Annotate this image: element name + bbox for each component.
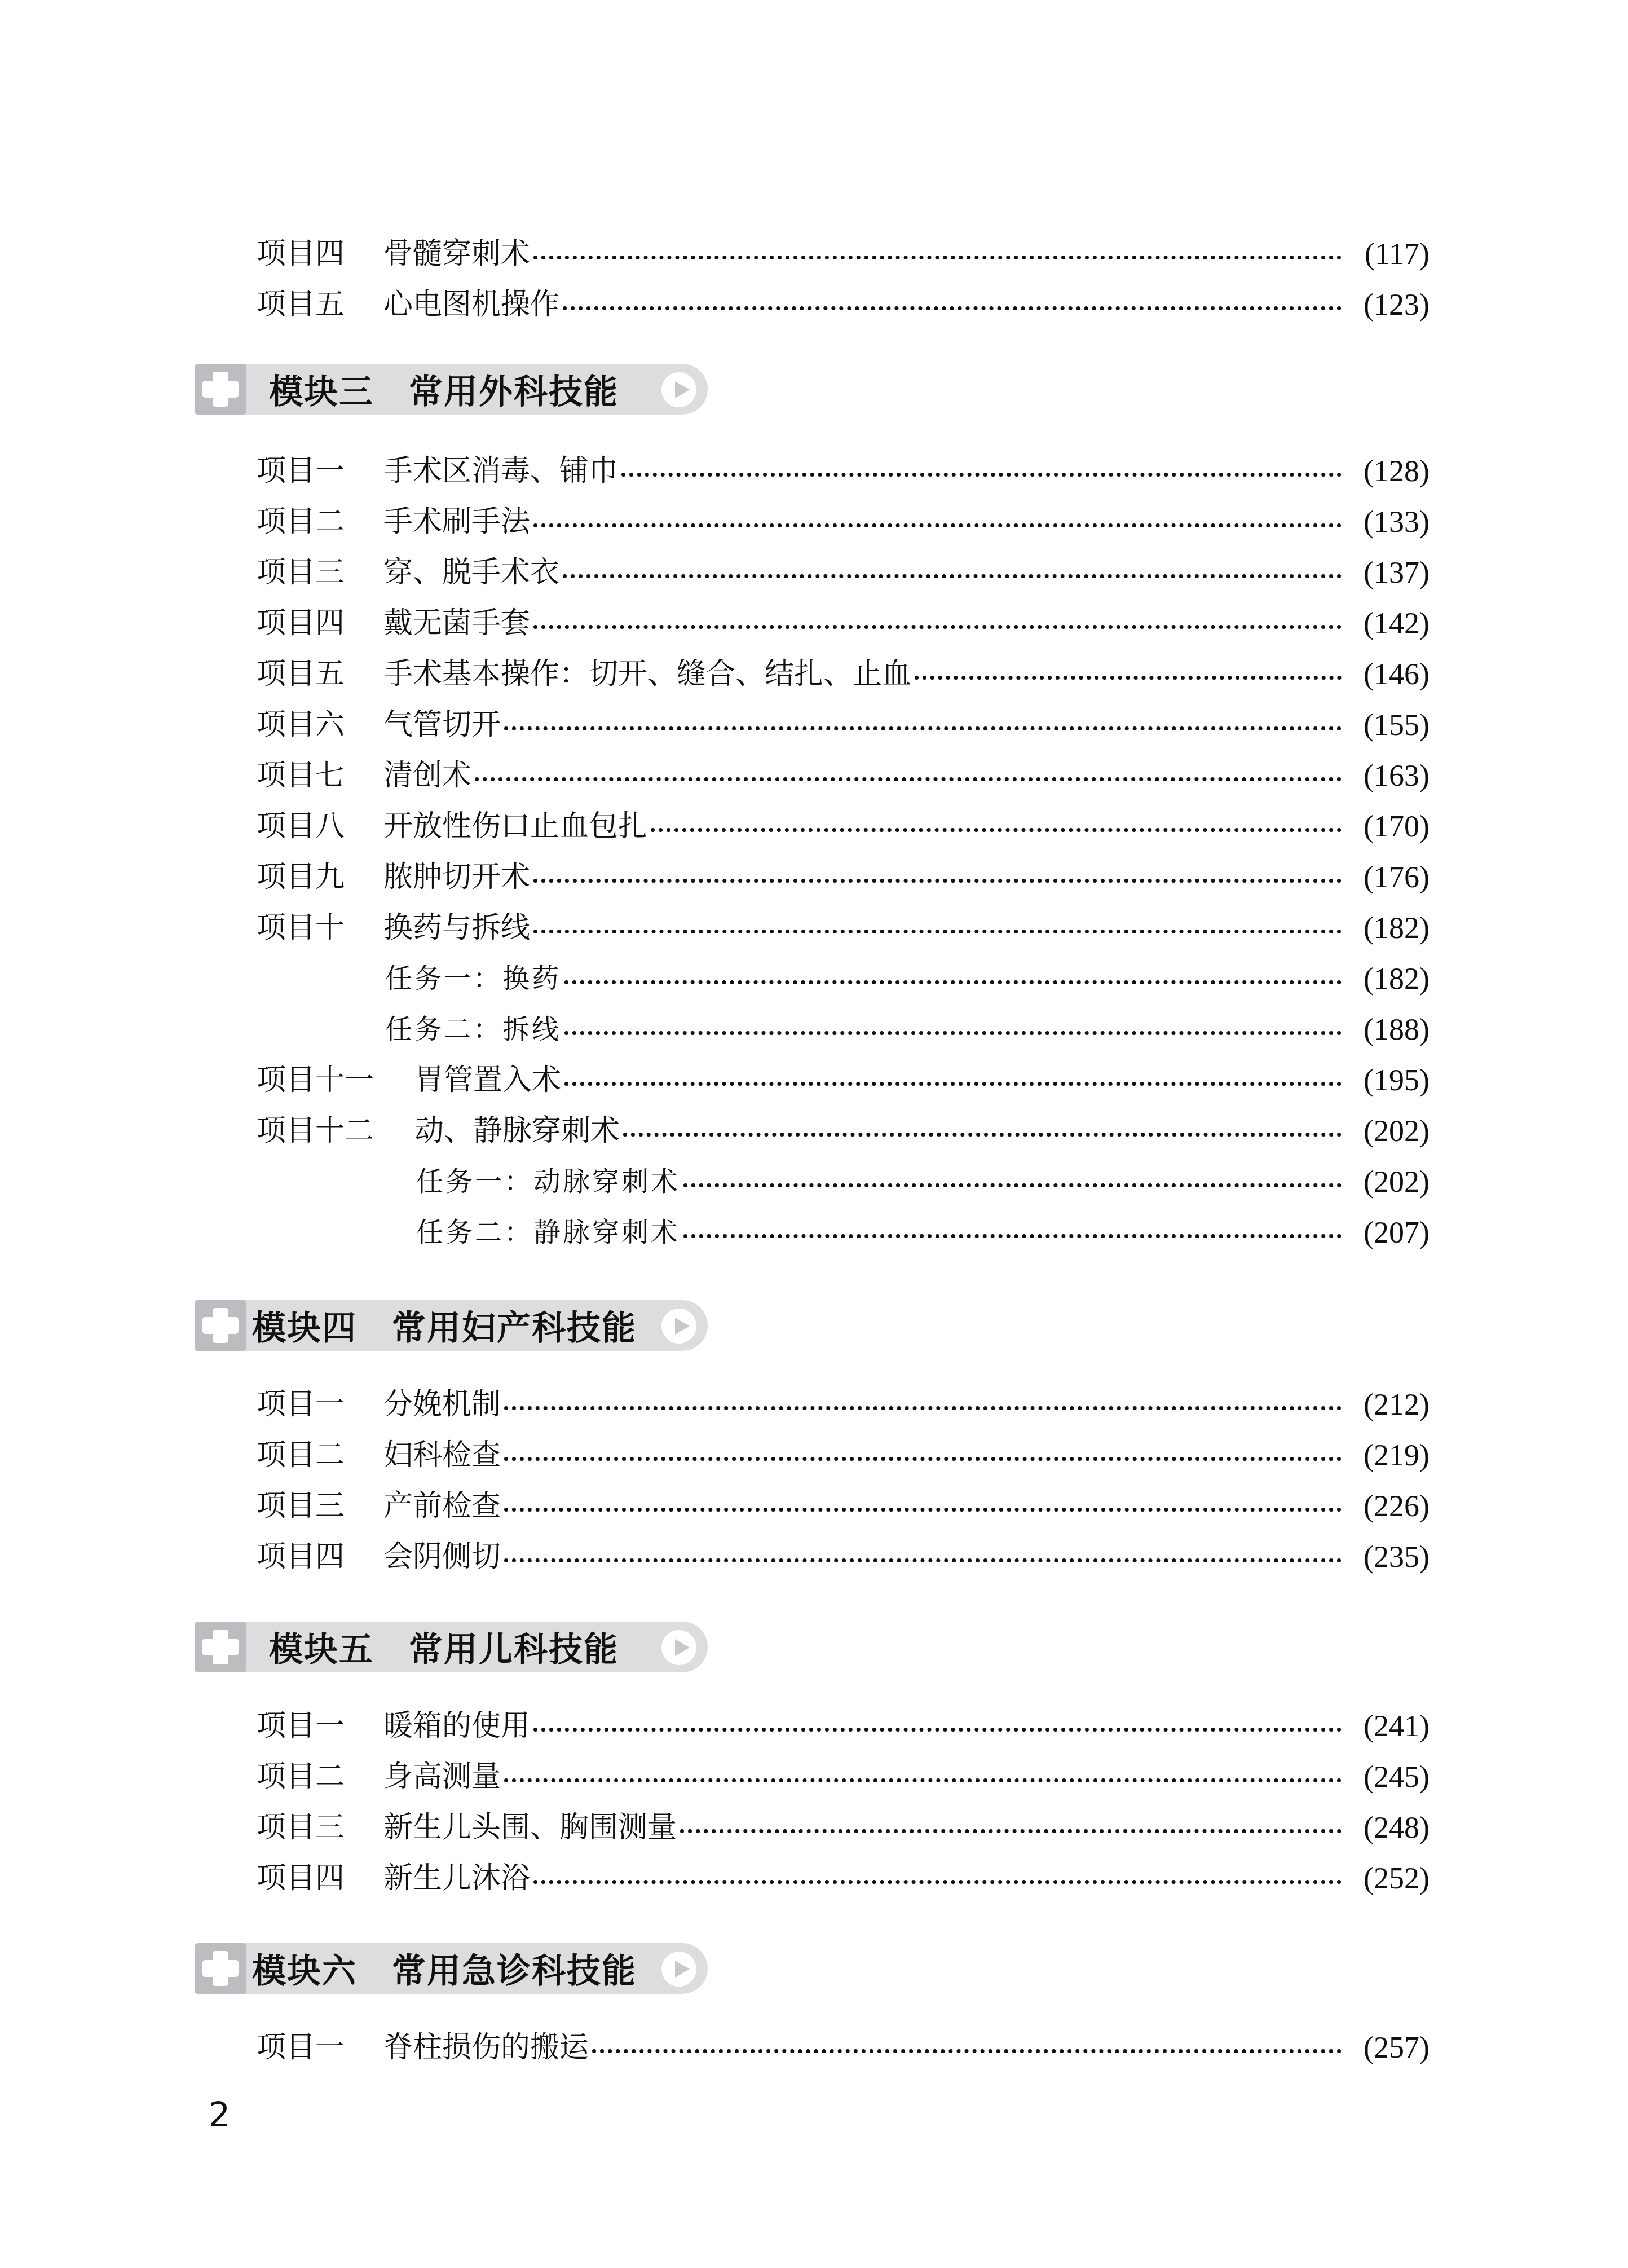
toc-entry[interactable]: 项目四 会阴侧切 (235) — [257, 1534, 1430, 1579]
entry-page: (207) — [1345, 1210, 1430, 1255]
entry-title: 穿、脱手术衣 — [383, 550, 559, 595]
entry-number: 项目一 — [257, 448, 383, 494]
entry-title: 暖箱的使用 — [383, 1703, 530, 1749]
entry-number: 项目四 — [257, 1856, 383, 1901]
entry-number: 项目二 — [257, 1433, 383, 1478]
entry-page: (241) — [1345, 1703, 1430, 1749]
entry-page: (235) — [1345, 1534, 1430, 1579]
entry-number: 项目九 — [257, 855, 383, 900]
task-title: 任务一：动脉穿刺术 — [416, 1159, 680, 1204]
toc-entry[interactable]: 项目四 新生儿沐浴 (252) — [257, 1856, 1430, 1901]
entry-title: 新生儿沐浴 — [383, 1856, 530, 1901]
play-arrow-icon — [661, 1630, 696, 1665]
entry-number: 项目一 — [257, 1382, 383, 1427]
entry-page: (252) — [1345, 1856, 1430, 1901]
entry-title: 妇科检查 — [383, 1433, 501, 1478]
toc-entry[interactable]: 项目十 换药与拆线 (182) — [257, 905, 1430, 950]
task-title: 任务二：静脉穿刺术 — [416, 1210, 680, 1255]
dot-leader — [533, 625, 1342, 629]
toc-entry[interactable]: 项目九 脓肿切开术 (176) — [257, 855, 1430, 900]
module-title: 模块四 常用妇产科技能 — [252, 1301, 637, 1350]
dot-leader — [504, 1778, 1342, 1782]
entry-number: 项目四 — [257, 601, 383, 646]
entry-number: 项目八 — [257, 804, 383, 849]
entry-page: (248) — [1345, 1805, 1430, 1850]
module-banner-3[interactable]: 模块三 常用外科技能 — [195, 364, 708, 415]
dot-leader — [564, 1031, 1342, 1035]
toc-entry[interactable]: 项目十二 动、静脉穿刺术 (202) — [257, 1108, 1430, 1153]
dot-leader — [475, 777, 1342, 781]
entry-page: (176) — [1345, 855, 1430, 900]
entry-page: (182) — [1345, 956, 1430, 1001]
entry-number: 项目一 — [257, 1703, 383, 1749]
entry-page: (257) — [1345, 2025, 1430, 2070]
toc-task-entry[interactable]: 任务一：换药 (182) — [385, 956, 1430, 1001]
module-title: 模块三 常用外科技能 — [269, 365, 619, 413]
entry-title: 心电图机操作 — [383, 282, 559, 327]
medical-cross-icon — [195, 1300, 246, 1351]
module-title: 模块六 常用急诊科技能 — [252, 1944, 637, 1993]
entry-title: 脓肿切开术 — [383, 855, 530, 900]
dot-leader — [563, 306, 1342, 310]
entry-number: 项目五 — [257, 651, 383, 697]
entry-number: 项目四 — [257, 231, 383, 276]
entry-title: 动、静脉穿刺术 — [414, 1108, 620, 1153]
dot-leader — [621, 473, 1342, 477]
entry-page: (219) — [1345, 1433, 1430, 1478]
dot-leader — [915, 676, 1342, 680]
module-banner-4[interactable]: 模块四 常用妇产科技能 — [195, 1300, 708, 1351]
toc-entry[interactable]: 项目一 暖箱的使用 (241) — [257, 1703, 1430, 1749]
entry-number: 项目十二 — [257, 1108, 414, 1153]
entry-page: (202) — [1345, 1108, 1430, 1153]
entry-page: (123) — [1345, 282, 1430, 327]
dot-leader — [680, 1829, 1342, 1833]
toc-entry[interactable]: 项目一 脊柱损伤的搬运 (257) — [257, 2025, 1430, 2070]
entry-title: 会阴侧切 — [383, 1534, 501, 1579]
entry-page: (202) — [1345, 1159, 1430, 1204]
entry-title: 开放性伤口止血包扎 — [383, 804, 647, 849]
toc-entry[interactable]: 项目四 骨髓穿刺术 (117) — [257, 231, 1430, 276]
dot-leader — [504, 1558, 1342, 1562]
entry-page: (117) — [1345, 231, 1430, 276]
toc-entry[interactable]: 项目一 手术区消毒、铺巾 (128) — [257, 448, 1430, 494]
dot-leader — [564, 1082, 1342, 1086]
dot-leader — [504, 1406, 1342, 1410]
entry-page: (163) — [1345, 753, 1430, 798]
entry-number: 项目一 — [257, 2025, 383, 2070]
toc-entry[interactable]: 项目二 手术刷手法 (133) — [257, 499, 1430, 544]
entry-number: 项目二 — [257, 499, 383, 544]
toc-entry[interactable]: 项目四 戴无菌手套 (142) — [257, 601, 1430, 646]
entry-title: 手术刷手法 — [383, 499, 530, 544]
dot-leader — [651, 828, 1342, 832]
entry-title: 身高测量 — [383, 1754, 501, 1799]
dot-leader — [623, 1133, 1342, 1137]
entry-number: 项目四 — [257, 1534, 383, 1579]
dot-leader — [683, 1234, 1342, 1238]
medical-cross-icon — [195, 1622, 246, 1672]
entry-number: 项目十 — [257, 905, 383, 950]
entry-page: (142) — [1345, 601, 1430, 646]
entry-title: 产前检查 — [383, 1483, 501, 1529]
dot-leader — [504, 1457, 1342, 1461]
play-arrow-icon — [661, 1309, 696, 1344]
toc-entry[interactable]: 项目八 开放性伤口止血包扎 (170) — [257, 804, 1430, 849]
toc-entry[interactable]: 项目三 新生儿头围、胸围测量 (248) — [257, 1805, 1430, 1850]
toc-entry[interactable]: 项目三 穿、脱手术衣 (137) — [257, 550, 1430, 595]
entry-title: 骨髓穿刺术 — [383, 231, 530, 276]
entry-page: (170) — [1345, 804, 1430, 849]
dot-leader — [592, 2049, 1342, 2053]
toc-entry[interactable]: 项目五 手术基本操作：切开、缝合、结扎、止血 (146) — [257, 651, 1430, 697]
toc-entry[interactable]: 项目一 分娩机制 (212) — [257, 1382, 1430, 1427]
entry-page: (245) — [1345, 1754, 1430, 1799]
entry-page: (128) — [1345, 448, 1430, 494]
entry-title: 手术区消毒、铺巾 — [383, 448, 618, 494]
entry-number: 项目三 — [257, 1805, 383, 1850]
dot-leader — [533, 1728, 1342, 1732]
dot-leader — [564, 980, 1342, 984]
dot-leader — [683, 1183, 1342, 1187]
entry-page: (146) — [1345, 651, 1430, 697]
entry-title: 手术基本操作：切开、缝合、结扎、止血 — [383, 651, 911, 697]
entry-title: 脊柱损伤的搬运 — [383, 2025, 589, 2070]
entry-number: 项目五 — [257, 282, 383, 327]
medical-cross-icon — [195, 1943, 246, 1994]
entry-number: 项目三 — [257, 1483, 383, 1529]
toc-task-entry[interactable]: 任务二：静脉穿刺术 (207) — [416, 1210, 1430, 1255]
play-arrow-icon — [661, 372, 696, 407]
dot-leader — [533, 1880, 1342, 1884]
toc-task-entry[interactable]: 任务一：动脉穿刺术 (202) — [416, 1159, 1430, 1204]
dot-leader — [504, 726, 1342, 730]
entry-number: 项目二 — [257, 1754, 383, 1799]
entry-number: 项目六 — [257, 702, 383, 747]
dot-leader — [533, 523, 1342, 527]
dot-leader — [533, 930, 1342, 933]
toc-entry[interactable]: 项目十一 胃管置入术 (195) — [257, 1058, 1430, 1103]
entry-page: (133) — [1345, 499, 1430, 544]
toc-entry[interactable]: 项目七 清创术 (163) — [257, 753, 1430, 798]
entry-page: (188) — [1345, 1007, 1430, 1052]
play-arrow-icon — [661, 1952, 696, 1987]
entry-page: (226) — [1345, 1483, 1430, 1529]
entry-title: 胃管置入术 — [414, 1058, 561, 1103]
entry-title: 分娩机制 — [383, 1382, 501, 1427]
entry-page: (155) — [1345, 702, 1430, 747]
module-banner-6[interactable]: 模块六 常用急诊科技能 — [195, 1943, 708, 1994]
dot-leader — [504, 1508, 1342, 1512]
medical-cross-icon — [195, 364, 246, 415]
entry-page: (182) — [1345, 905, 1430, 950]
entry-title: 换药与拆线 — [383, 905, 530, 950]
toc-entry[interactable]: 项目二 妇科检查 (219) — [257, 1433, 1430, 1478]
entry-title: 气管切开 — [383, 702, 501, 747]
entry-page: (212) — [1345, 1382, 1430, 1427]
dot-leader — [533, 256, 1342, 259]
task-title: 任务一：换药 — [385, 956, 561, 1001]
toc-entry[interactable]: 项目二 身高测量 (245) — [257, 1754, 1430, 1799]
module-banner-5[interactable]: 模块五 常用儿科技能 — [195, 1622, 708, 1672]
entry-page: (195) — [1345, 1058, 1430, 1103]
dot-leader — [563, 574, 1342, 578]
module-title: 模块五 常用儿科技能 — [269, 1623, 619, 1671]
entry-number: 项目十一 — [257, 1058, 414, 1103]
toc-entry[interactable]: 项目三 产前检查 (226) — [257, 1483, 1430, 1529]
dot-leader — [533, 879, 1342, 883]
entry-number: 项目三 — [257, 550, 383, 595]
page-number: 2 — [209, 2095, 230, 2135]
entry-title: 清创术 — [383, 753, 471, 798]
entry-title: 新生儿头围、胸围测量 — [383, 1805, 677, 1850]
toc-task-entry[interactable]: 任务二：拆线 (188) — [385, 1007, 1430, 1052]
entry-number: 项目七 — [257, 753, 383, 798]
task-title: 任务二：拆线 — [385, 1007, 561, 1052]
toc-entry[interactable]: 项目六 气管切开 (155) — [257, 702, 1430, 747]
entry-title: 戴无菌手套 — [383, 601, 530, 646]
entry-page: (137) — [1345, 550, 1430, 595]
toc-entry[interactable]: 项目五 心电图机操作 (123) — [257, 282, 1430, 327]
